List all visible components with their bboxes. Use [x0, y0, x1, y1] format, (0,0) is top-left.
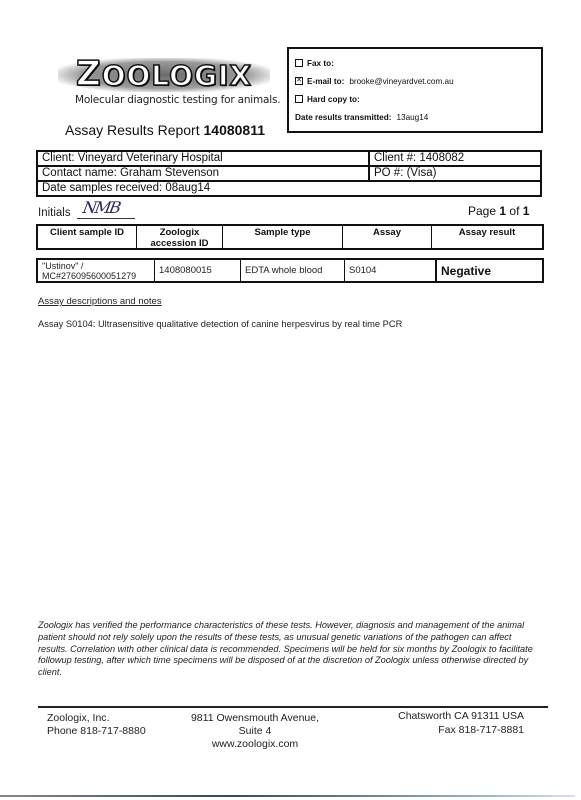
contact-name: Contact name: Graham Stevenson	[37, 166, 369, 181]
report-title-prefix: Assay Results Report	[65, 122, 200, 138]
cell-accession-id: 1408080015	[155, 260, 241, 281]
page-total: 1	[523, 204, 530, 218]
client-name: Client: Vineyard Veterinary Hospital	[37, 151, 369, 166]
footer-address: 9811 Owensmouth Avenue, Suite 4	[180, 712, 330, 738]
page-of-label: of	[509, 204, 519, 218]
tagline: Molecular diagnostic testing for animals…	[75, 94, 280, 106]
date-transmitted-label: Date results transmitted:	[295, 113, 391, 122]
cell-assay: S0104	[345, 260, 436, 281]
disclaimer-text: Zoologix has verified the performance ch…	[38, 620, 538, 679]
initials-label: Initials	[38, 207, 71, 219]
cell-client-sample-id: "Ustinov" / MC#276095600051279	[38, 260, 155, 281]
client-sample-id-line2: MC#276095600051279	[42, 271, 136, 281]
page-label: Page	[468, 204, 496, 218]
email-value: brooke@vineyardvet.com.au	[349, 77, 453, 86]
footer-city-block: Chatsworth CA 91311 USA Fax 818-717-8881	[380, 709, 524, 737]
footer-divider	[38, 706, 548, 708]
po-number: PO #: (Visa)	[369, 166, 541, 181]
zoologix-logo: ZOOLOGIX	[58, 58, 270, 92]
email-checkbox-checked-icon[interactable]	[295, 77, 303, 85]
fax-checkbox-icon[interactable]	[295, 59, 303, 67]
table-row: "Ustinov" / MC#276095600051279 140808001…	[36, 258, 544, 283]
fax-label: Fax to:	[307, 59, 334, 68]
report-number: 14080811	[204, 122, 266, 138]
page-indicator: Page 1 of 1	[468, 204, 529, 218]
initials-signature-line: NMB	[77, 206, 135, 219]
report-title: Assay Results Report 14080811	[65, 122, 265, 138]
footer-company: Zoologix, Inc.	[47, 712, 146, 725]
cell-sample-type: EDTA whole blood	[241, 260, 345, 281]
column-header-sample-type: Sample type	[223, 226, 343, 248]
client-number: Client #: 1408082	[369, 151, 541, 166]
initials-signature: NMB	[81, 198, 120, 217]
client-sample-id-line1: "Ustinov" /	[42, 261, 136, 271]
page-current: 1	[499, 204, 506, 218]
logo-initial: Z	[76, 54, 102, 94]
footer-city: Chatsworth CA 91311 USA	[380, 709, 524, 723]
logo-wordmark: ZOOLOGIX	[76, 57, 252, 93]
footer-website[interactable]: www.zoologix.com	[180, 738, 330, 751]
results-table-header: Client sample ID Zoologix accession ID S…	[36, 224, 544, 250]
delivery-options-box: Fax to: E-mail to: brooke@vineyardvet.co…	[287, 47, 543, 133]
date-transmitted-row: Date results transmitted: 13aug14	[295, 108, 535, 126]
email-option: E-mail to: brooke@vineyardvet.com.au	[295, 72, 535, 90]
scan-edge-line	[0, 795, 575, 797]
column-header-assay-result: Assay result	[432, 226, 542, 248]
initials-field: Initials NMB	[38, 206, 135, 219]
column-header-assay: Assay	[343, 226, 432, 248]
assay-note: Assay S0104: Ultrasensitive qualitative …	[38, 319, 402, 329]
hard-copy-option: Hard copy to:	[295, 90, 535, 108]
notes-title: Assay descriptions and notes	[38, 296, 162, 307]
footer-fax: Fax 818-717-8881	[380, 723, 524, 737]
cell-assay-result: Negative	[436, 260, 542, 281]
fax-option: Fax to:	[295, 54, 535, 72]
date-transmitted-value: 13aug14	[396, 113, 428, 122]
footer-address-block: 9811 Owensmouth Avenue, Suite 4 www.zool…	[180, 712, 330, 751]
footer-phone: Phone 818-717-8880	[47, 725, 146, 738]
column-header-client-sample-id: Client sample ID	[38, 226, 137, 248]
column-header-accession-id: Zoologix accession ID	[137, 226, 223, 248]
date-samples-received: Date samples received: 08aug14	[37, 181, 541, 196]
hard-copy-label: Hard copy to:	[307, 95, 360, 104]
email-label: E-mail to:	[307, 77, 344, 86]
hard-copy-checkbox-icon[interactable]	[295, 95, 303, 103]
client-info-table: Client: Vineyard Veterinary Hospital Cli…	[36, 150, 542, 197]
footer-company-block: Zoologix, Inc. Phone 818-717-8880	[47, 712, 146, 738]
